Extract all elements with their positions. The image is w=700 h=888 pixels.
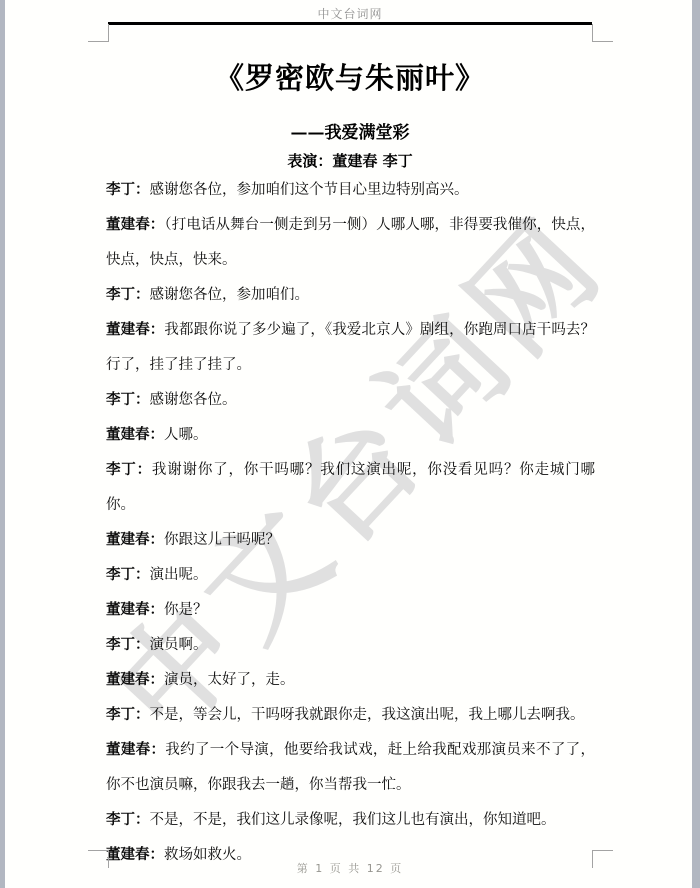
dialogue-line: 董建春：人哪。 bbox=[106, 418, 595, 453]
dialogue-line: 李丁：演出呢。 bbox=[106, 558, 595, 593]
speaker-name: 董建春： bbox=[106, 322, 164, 338]
speaker-name: 李丁： bbox=[106, 637, 150, 653]
dialogue-line: 李丁：感谢您各位。 bbox=[106, 383, 595, 418]
dialogue-line: 李丁：感谢您各位，参加咱们这个节目心里边特别高兴。 bbox=[106, 173, 595, 208]
speaker-name: 董建春： bbox=[106, 672, 164, 688]
speaker-name: 董建春： bbox=[106, 602, 164, 618]
dialogue-line: 董建春：我约了一个导演，他要给我试戏，赶上给我配戏那演员来不了了，你不也演员嘛，… bbox=[106, 733, 595, 803]
dialogue-text: 演员，太好了，走。 bbox=[164, 672, 295, 688]
header-rule bbox=[108, 22, 592, 25]
speaker-name: 李丁： bbox=[106, 707, 150, 723]
crop-mark-top-right bbox=[592, 24, 613, 42]
script-title: 《罗密欧与朱丽叶》 bbox=[0, 56, 700, 97]
dialogue-text: 感谢您各位，参加咱们。 bbox=[150, 287, 310, 303]
dialogue-line: 李丁：我谢谢你了，你干吗哪？我们这演出呢，你没看见吗？你走城门哪你。 bbox=[106, 453, 595, 523]
dialogue-line: 李丁：不是，等会儿，干吗呀我就跟你走，我这演出呢，我上哪儿去啊我。 bbox=[106, 698, 595, 733]
speaker-name: 董建春： bbox=[106, 427, 164, 443]
dialogue-text: 人哪。 bbox=[164, 427, 208, 443]
dialogue-line: 董建春：我都跟你说了多少遍了，《我爱北京人》剧组，你跑周口店干吗去？行了，挂了挂… bbox=[106, 313, 595, 383]
dialogue-text: 我谢谢你了，你干吗哪？我们这演出呢，你没看见吗？你走城门哪你。 bbox=[106, 462, 595, 513]
speaker-name: 董建春： bbox=[106, 217, 164, 233]
dialogue-text: 我约了一个导演，他要给我试戏，赶上给我配戏那演员来不了了，你不也演员嘛，你跟我去… bbox=[106, 742, 595, 793]
dialogue-line: 董建春：你是？ bbox=[106, 593, 595, 628]
crop-mark-top-left bbox=[88, 24, 109, 42]
speaker-name: 李丁： bbox=[106, 462, 152, 478]
speaker-name: 董建春： bbox=[106, 742, 165, 758]
speaker-name: 李丁： bbox=[106, 392, 150, 408]
dialogue-text: 不是，不是，我们这儿录像呢，我们这儿也有演出，你知道吧。 bbox=[150, 812, 556, 828]
dialogue-text: 你跟这儿干吗呢？ bbox=[164, 532, 280, 548]
dialogue-line: 李丁：不是，不是，我们这儿录像呢，我们这儿也有演出，你知道吧。 bbox=[106, 803, 595, 838]
dialogue-text: （打电话从舞台一侧走到另一侧）人哪人哪，非得要我催你，快点，快点，快点，快来。 bbox=[106, 217, 595, 268]
dialogue-line: 董建春：（打电话从舞台一侧走到另一侧）人哪人哪，非得要我催你，快点，快点，快点，… bbox=[106, 208, 595, 278]
speaker-name: 董建春： bbox=[106, 532, 164, 548]
speaker-name: 李丁： bbox=[106, 567, 150, 583]
speaker-name: 李丁： bbox=[106, 182, 150, 198]
dialogue-text: 你是？ bbox=[164, 602, 208, 618]
script-performers: 表演：董建春 李丁 bbox=[0, 150, 700, 171]
dialogue-text: 感谢您各位，参加咱们这个节目心里边特别高兴。 bbox=[150, 182, 469, 198]
page-edge-left bbox=[0, 0, 5, 888]
dialogue-body: 李丁：感谢您各位，参加咱们这个节目心里边特别高兴。 董建春：（打电话从舞台一侧走… bbox=[106, 173, 595, 873]
dialogue-line: 董建春：演员，太好了，走。 bbox=[106, 663, 595, 698]
dialogue-text: 感谢您各位。 bbox=[150, 392, 237, 408]
dialogue-text: 我都跟你说了多少遍了，《我爱北京人》剧组，你跑周口店干吗去？行了，挂了挂了挂了。 bbox=[106, 322, 595, 373]
dialogue-line: 李丁：演员啊。 bbox=[106, 628, 595, 663]
speaker-name: 李丁： bbox=[106, 812, 150, 828]
header-site-name: 中文台词网 bbox=[0, 5, 700, 22]
script-subtitle: ——我爱满堂彩 bbox=[0, 118, 700, 143]
page-number: 第 1 页 共 12 页 bbox=[0, 860, 700, 876]
dialogue-text: 不是，等会儿，干吗呀我就跟你走，我这演出呢，我上哪儿去啊我。 bbox=[150, 707, 585, 723]
dialogue-text: 演出呢。 bbox=[150, 567, 208, 583]
dialogue-text: 演员啊。 bbox=[150, 637, 208, 653]
dialogue-line: 李丁：感谢您各位，参加咱们。 bbox=[106, 278, 595, 313]
speaker-name: 李丁： bbox=[106, 287, 150, 303]
dialogue-line: 董建春：你跟这儿干吗呢？ bbox=[106, 523, 595, 558]
page-edge-right bbox=[692, 0, 700, 888]
